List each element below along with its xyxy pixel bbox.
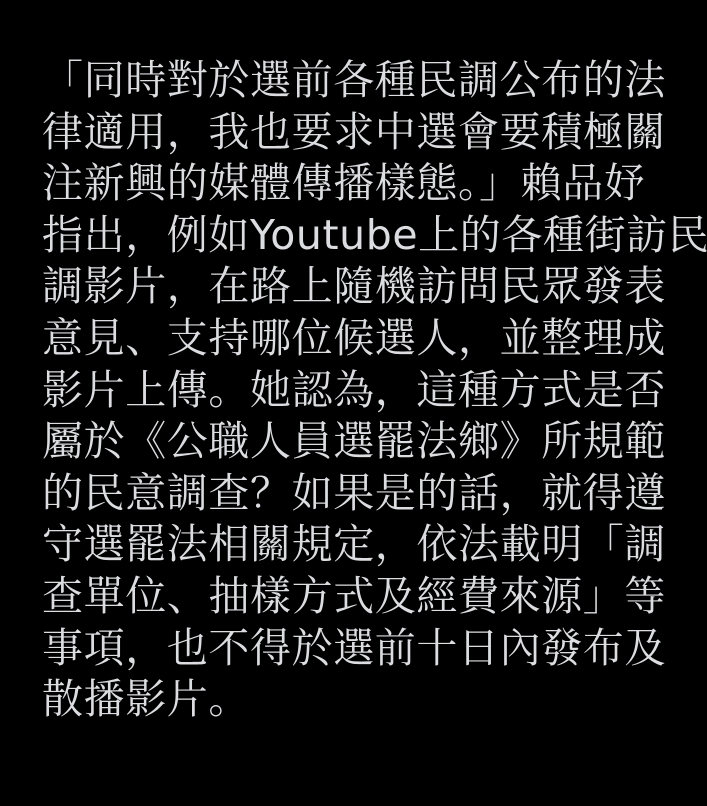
article-text-block: 「同時對於選前各種民調公布的法 律適用，我也要求中選會要積極關 注新興的媒體傳播… <box>42 55 692 726</box>
article-line-6: 意見、支持哪位候選人，並整理成 <box>42 313 692 365</box>
article-line-7: 影片上傳。她認為，這種方式是否 <box>42 365 692 417</box>
article-line-12: 事項，也不得於選前十日內發布及 <box>42 623 692 675</box>
article-line-11: 查單位、抽樣方式及經費來源」等 <box>42 571 692 623</box>
article-line-10: 守選罷法相關規定，依法載明「調 <box>42 519 692 571</box>
article-line-3: 注新興的媒體傳播樣態。」賴品妤 <box>42 158 692 210</box>
article-line-5: 調影片，在路上隨機訪問民眾發表 <box>42 261 692 313</box>
article-line-4: 指出，例如Youtube上的各種街訪民 <box>42 210 692 262</box>
article-line-13: 散播影片。 <box>42 674 692 726</box>
article-line-8: 屬於《公職人員選罷法鄉》所規範 <box>42 416 692 468</box>
article-line-1: 「同時對於選前各種民調公布的法 <box>42 55 692 107</box>
article-line-9: 的民意調查？如果是的話，就得遵 <box>42 468 692 520</box>
article-line-2: 律適用，我也要求中選會要積極關 <box>42 107 692 159</box>
